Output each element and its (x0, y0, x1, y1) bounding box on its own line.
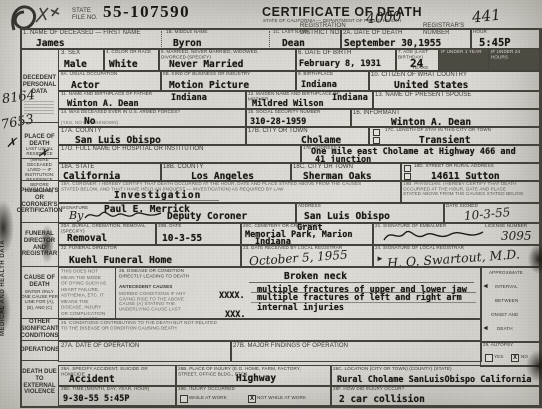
section-label: FUNERAL DIRECTOR AND REGISTRAR (21, 231, 58, 259)
field-injury-occurred: 28E. INJURY OCCURRED WHILE AT WORK X NOT… (175, 385, 332, 406)
field-hour-of-death: HOUR 5:45P (470, 28, 540, 50)
field-label: 1. NAME OF DECEASED — FIRST NAME (23, 30, 140, 37)
field-label: 13. NAME OF PRESENT SPOUSE (375, 92, 472, 99)
section-label: DEATH DUE TO EXTERNAL VIOLENCE (21, 369, 58, 397)
field-death-county: 17A. COUNTY San Luis Obispo (58, 126, 247, 146)
registration-district-value: 4000 (365, 9, 402, 27)
field-label: 18A. STATE (61, 164, 94, 171)
field-label: 15. SOCIAL SECURITY NUMBER (248, 110, 340, 115)
signature-by: By (69, 209, 83, 222)
field-label: 27A. DATE OF OPERATION (61, 343, 139, 350)
cause-explain-note: THIS DOES NOT MEAN THE MODE OF DYING SUC… (61, 269, 109, 320)
field-date-of-death: 2A. DATE OF DEATH September 30,1955 (340, 28, 472, 50)
field-embalmer-signature: 21. SIGNATURE OF EMBALMER LICENSE NUMBER… (372, 222, 540, 246)
field-label: 1B. MIDDLE NAME (166, 30, 208, 35)
divider (269, 31, 270, 47)
arrow-icon: ► (376, 254, 384, 263)
interval-word: BETWEEN (495, 299, 518, 304)
field-length-of-stay: 17C. LENGTH OF STAY IN THIS CITY OR TOWN… (368, 126, 540, 146)
field-cemetery: 20C. CEMETERY OR CREMATORY Grant Memoria… (240, 222, 374, 246)
residence-checkbox (373, 129, 380, 136)
divider (161, 31, 162, 47)
field-date-of-operation: 27A. DATE OF OPERATION (58, 340, 232, 362)
field-how-injury-occurred: 28F. HOW DID INJURY OCCUR? 2 car collisi… (330, 385, 540, 406)
field-registrar-signature: 24. SIGNATURE OF LOCAL REGISTRAR ► H. O.… (372, 244, 540, 268)
field-burial-removal: 20A. BURIAL, CREMATION, REMOVAL (SPECIFY… (58, 222, 157, 246)
field-date-signed: DATE SIGNED 10-3-55 (443, 202, 540, 224)
field-present-spouse: 13. NAME OF PRESENT SPOUSE (372, 90, 540, 110)
field-hospital: 17D. FULL NAME OF HOSPITAL OR INSTITUTIO… (58, 144, 302, 164)
field-physician-statement: 19B. PHYSICIAN: I HEREBY CERTIFY THAT DE… (400, 180, 540, 204)
field-residence-city: 18C. CITY OR TOWN Sherman Oaks (290, 162, 402, 182)
field-label: 2A. DATE OF DEATH (343, 30, 403, 37)
field-death-address: 17E. ADDRESS One mile east Cholame at Hi… (300, 144, 540, 164)
field-time-of-injury: 28D. TIME (MONTH, DAY, YEAR, HOUR) 9-30-… (58, 385, 177, 406)
field-death-city: 17B. CITY OR TOWN Cholame (245, 126, 370, 146)
race-value: White (109, 59, 138, 70)
funeral-home-value: Kuehl Funeral Home (69, 255, 172, 266)
section-label: PHYSICIAN'S OR CORONER'S CERTIFICATION (17, 188, 63, 216)
how-injury-occurred-value: 2 car collision (339, 394, 425, 405)
field-date-received: 23. DATE RECEIVED BY LOCAL REGISTRAR Oct… (240, 244, 374, 268)
while-at-work-checkbox (180, 395, 188, 403)
field-label: 4. COLOR OR RACE (106, 50, 151, 55)
city-limits-checkbox (404, 173, 411, 180)
sex-value: Male (64, 59, 87, 70)
interval-word: INTERVAL (495, 285, 518, 290)
certifier-address-value: San Luis Obispo (304, 211, 390, 222)
field-label: 9. BIRTHPLACE (298, 72, 333, 77)
field-label: ADDRESS (298, 204, 321, 209)
section-external-violence: DEATH DUE TO EXTERNAL VIOLENCE (21, 360, 58, 404)
section-last-usual-residence: LAST USUAL RESIDENCE (WHERE DECEASED LIV… (21, 158, 58, 180)
field-name-of-deceased: 1. NAME OF DECEASED — FIRST NAME 1B. MID… (20, 28, 342, 50)
field-sex: 3. SEX Male (58, 48, 105, 72)
field-informant: 16. INFORMANT Winton A. Dean (350, 108, 540, 128)
disposition-value: Removal (67, 233, 107, 244)
while-at-work-label: WHILE AT WORK (189, 396, 227, 401)
field-place-of-injury: 28B. PLACE OF INJURY (E.G. HOME, FARM, F… (175, 365, 332, 387)
antecedent-label: ANTECEDENT CAUSES (119, 285, 172, 290)
field-label: 6. DATE OF BIRTH (298, 50, 351, 57)
field-date-of-birth: 6. DATE OF BIRTH February 8, 1931 (295, 48, 397, 72)
residence-checkbox (373, 137, 380, 144)
antecedent-cause-line3: internal injuries (257, 303, 344, 313)
field-residence-street: 18D. STREET OR RURAL ADDRESS 14611 Sutto… (400, 162, 540, 182)
x-mark-1: XXXX. (219, 291, 245, 301)
license-number-value: 3095 (501, 229, 532, 243)
immediate-cause-value: Broken neck (284, 271, 347, 282)
section-certification: PHYSICIAN'S OR CORONER'S CERTIFICATION (21, 180, 58, 222)
state-file-number: 55-107590 (103, 2, 190, 22)
antecedent-note: MORBID CONDITIONS IF ANY GIVING RISE TO … (119, 292, 193, 312)
field-label: 25. DISEASE OR CONDITION DIRECTLY LEADIN… (119, 269, 197, 279)
section-other-conditions: OTHER SIGNIFICANT CONDITIONS (21, 318, 58, 340)
field-funeral-director: 22. FUNERAL DIRECTOR Kuehl Funeral Home (58, 244, 242, 268)
autopsy-no-mark: X (513, 355, 517, 361)
field-label: 18C. CITY OR TOWN (293, 164, 353, 171)
section-funeral-director: FUNERAL DIRECTOR AND REGISTRAR (21, 222, 58, 266)
field-label: 10. CITIZEN OF WHAT COUNTRY (371, 72, 467, 79)
field-citizen-of: 10. CITIZEN OF WHAT COUNTRY United State… (368, 70, 540, 92)
registrars-number-value: 441 (471, 6, 501, 27)
field-label: 28F. HOW DID INJURY OCCUR? (333, 387, 404, 392)
field-armed-forces: 14. WAS DECEASED EVER IN U.S. ARMED FORC… (58, 108, 247, 128)
section-note: ENTER ONLY ONE CAUSE PER LINE FOR (A), (… (21, 289, 58, 310)
field-mother: 12. MAIDEN NAME AND BIRTHPLACE OF MOTHER… (245, 90, 374, 110)
field-label: 17D. FULL NAME OF HOSPITAL OR INSTITUTIO… (61, 146, 204, 153)
accident-value: Accident (69, 374, 115, 385)
interval-column: APPROXIMATE INTERVAL BETWEEN ONSET AND D… (480, 266, 540, 343)
field-label: IF UNDER 24 HOURS (491, 50, 533, 60)
field-label: 28E. INJURY OCCURRED (178, 387, 235, 392)
field-coroner-statement: 19A. CORONER: I HEREBY CERTIFY THAT DEAT… (58, 180, 402, 204)
field-certifier-address: ADDRESS San Luis Obispo (295, 202, 445, 224)
field-label: 22. FUNERAL DIRECTOR (61, 246, 117, 251)
field-accident-suicide-homicide: 28A. SPECIFY ACCIDENT, SUICIDE OR HOMICI… (58, 365, 177, 387)
autopsy-no-label: NO (521, 355, 528, 360)
interval-word: ONSET AND (491, 313, 518, 318)
field-injury-location: 28C. LOCATION (CITY OR TOWN) (COUNTY) (S… (330, 365, 540, 387)
field-color-or-race: 4. COLOR OR RACE White (103, 48, 160, 72)
field-label: 28D. TIME (MONTH, DAY, YEAR, HOUR) (61, 387, 162, 392)
cause-of-death-block: THIS DOES NOT MEAN THE MODE OF DYING SUC… (58, 266, 482, 320)
section-label: OTHER SIGNIFICANT CONDITIONS (20, 319, 58, 340)
field-label: 19B. PHYSICIAN: I HEREBY CERTIFY THAT DE… (403, 182, 524, 197)
interval-word: APPROXIMATE (489, 271, 523, 276)
margin-check-1: ✗ (6, 136, 17, 151)
field-birthplace: 9. BIRTHPLACE Indiana (295, 70, 370, 92)
field-autopsy: 29. AUTOPSY YES X NO (480, 341, 540, 367)
field-label: 17A. COUNTY (61, 128, 101, 135)
not-at-work-mark: X (250, 396, 254, 402)
field-if-under-24-hours: IF UNDER 24 HOURS (488, 48, 540, 72)
field-marital-status: 5. MARRIED, NEVER MARRIED, WIDOWED, DIVO… (158, 48, 297, 72)
autopsy-yes-checkbox (485, 354, 493, 362)
field-age: 7. AGE (LAST BIRTHDAY) 24 YEARS (395, 48, 440, 72)
divider (115, 267, 116, 319)
field-label: 27B. MAJOR FINDINGS OF OPERATION (233, 343, 348, 350)
mother-birthplace-value: Indiana (332, 93, 368, 103)
section-operations: OPERATIONS (21, 340, 58, 360)
birthplace-value: Indiana (301, 80, 337, 90)
state-file-label: STATE FILE NO. (72, 8, 102, 21)
field-label: 8A. USUAL OCCUPATION (61, 72, 151, 77)
field-residence-state: 18A. STATE California (58, 162, 162, 182)
section-label: OPERATIONS (20, 347, 59, 354)
marital-status-value: Never Married (169, 59, 243, 70)
field-father: 11. NAME AND BIRTHPLACE OF FATHER Winton… (58, 90, 247, 110)
field-label: 28C. LOCATION (CITY OR TOWN) (COUNTY) (S… (333, 367, 517, 372)
margin-vertical-label: MEDICAL AND HEALTH DATA (0, 230, 11, 345)
field-usual-occupation: 8A. USUAL OCCUPATION Actor (58, 70, 162, 92)
death-certificate-scan: STATE FILE NO. 55-107590 CERTIFICATE OF … (0, 0, 542, 409)
field-if-under-1-year: IF UNDER 1 YEAR (438, 48, 490, 72)
field-label: 18D. STREET OR RURAL ADDRESS (414, 164, 524, 169)
field-label: 1C. LAST NAME (273, 30, 309, 35)
father-birthplace-value: Indiana (171, 93, 207, 103)
section-label: DECEDENT PERSONAL DATA (21, 75, 58, 96)
interval-word: DEATH (497, 327, 513, 332)
field-label: 14. WAS DECEASED EVER IN U.S. ARMED FORC… (61, 110, 227, 115)
autopsy-yes-label: YES (494, 355, 503, 360)
field-label: 19A. CORONER: I HEREBY CERTIFY THAT DEAT… (61, 182, 369, 192)
date-signed-value: 10-3-55 (463, 205, 510, 223)
not-while-at-work-checkbox: X (248, 395, 256, 403)
field-label: 11. NAME AND BIRTHPLACE OF FATHER (61, 92, 171, 97)
time-of-injury-value: 9-30-55 5:45P (63, 394, 130, 404)
place-of-injury-value: Highway (236, 373, 276, 384)
field-residence-county: 18B. COUNTY Los Angeles (160, 162, 292, 182)
coroner-title-value: Deputy Coroner (167, 211, 247, 222)
embalmer-signature-scrawl (381, 228, 486, 244)
not-while-at-work-label: NOT WHILE AT WORK (257, 396, 306, 401)
field-label: 17B. CITY OR TOWN (248, 128, 308, 135)
field-label: 8B. KIND OF BUSINESS OR INDUSTRY (163, 72, 283, 77)
field-label: 17C. LENGTH OF STAY IN THIS CITY OR TOWN (385, 128, 523, 133)
field-social-security: 15. SOCIAL SECURITY NUMBER 310-28-1959 (245, 108, 352, 128)
field-coroner-signature: SIGNATURE Paul E. Merrick By Deputy Coro… (58, 202, 297, 224)
field-label: 18B. COUNTY (163, 164, 203, 171)
field-label: 16. INFORMANT (353, 110, 400, 117)
city-limits-checkbox (404, 165, 411, 172)
field-label: 29. AUTOPSY (483, 343, 513, 348)
section-cause-of-death: CAUSE OF DEATH ENTER ONLY ONE CAUSE PER … (21, 266, 58, 318)
disposition-date-value: 10-3-55 (162, 233, 202, 244)
date-of-birth-value: February 8, 1931 (299, 59, 381, 69)
field-label: IF UNDER 1 YEAR (441, 50, 483, 55)
section-label: CAUSE OF DEATH (21, 275, 58, 289)
autopsy-no-checkbox: X (511, 354, 519, 362)
field-label: 26. CONDITIONS CONTRIBUTING TO THE DEATH… (61, 321, 217, 331)
field-label: HOUR (473, 30, 487, 35)
field-other-conditions: 26. CONDITIONS CONTRIBUTING TO THE DEATH… (58, 318, 482, 342)
field-operation-findings: 27B. MAJOR FINDINGS OF OPERATION (230, 340, 482, 362)
field-label: 20B. DATE (158, 224, 182, 229)
field-label: 3. SEX (61, 50, 80, 57)
deputy-signature-scrawl (83, 208, 163, 222)
illegible-micro-text (24, 100, 54, 114)
field-business-or-industry: 8B. KIND OF BUSINESS OR INDUSTRY Motion … (160, 70, 297, 92)
field-disposition-date: 20B. DATE 10-3-55 (155, 222, 242, 246)
injury-location-value: Rural Cholame SanLuisObispo California (337, 375, 531, 385)
